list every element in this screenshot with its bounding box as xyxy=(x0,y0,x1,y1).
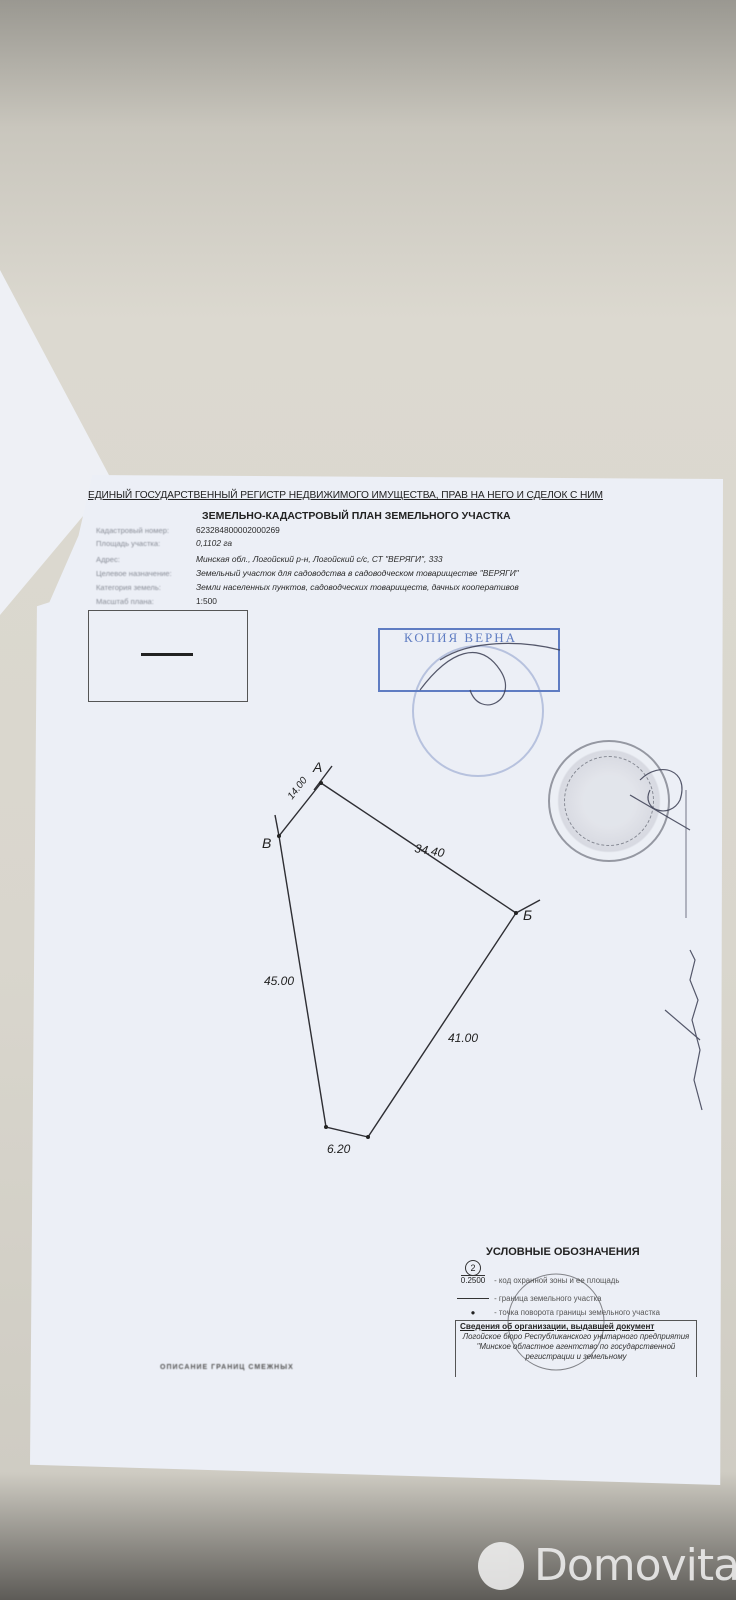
svg-text:В: В xyxy=(262,835,271,851)
svg-text:41.00: 41.00 xyxy=(448,1031,478,1045)
svg-text:6.20: 6.20 xyxy=(327,1142,351,1156)
boundary-line-symbol xyxy=(454,1294,492,1303)
turn-point-symbol: ● xyxy=(454,1308,492,1317)
zone-code-symbol: 20.2500 xyxy=(454,1260,492,1285)
domovita-watermark: Domovita xyxy=(478,1540,736,1591)
adjacent-boundaries-caption: ОПИСАНИЕ ГРАНИЦ СМЕЖНЫХ xyxy=(160,1364,294,1371)
legend-item-zone: 20.2500 - код охранной зоны и ее площадь xyxy=(454,1260,619,1285)
legend-item-turn-point: ● - точка поворота границы земельного уч… xyxy=(454,1308,660,1317)
legend-item-boundary: - граница земельного участка xyxy=(454,1294,601,1303)
svg-text:45.00: 45.00 xyxy=(264,974,294,988)
domovita-logo-icon xyxy=(478,1542,524,1590)
svg-text:34.40: 34.40 xyxy=(413,841,445,860)
svg-text:Б: Б xyxy=(523,907,532,923)
svg-text:А: А xyxy=(312,759,322,775)
issuing-organization-box: Сведения об организации, выдавшей докуме… xyxy=(455,1320,697,1377)
svg-text:14.00: 14.00 xyxy=(286,775,310,802)
